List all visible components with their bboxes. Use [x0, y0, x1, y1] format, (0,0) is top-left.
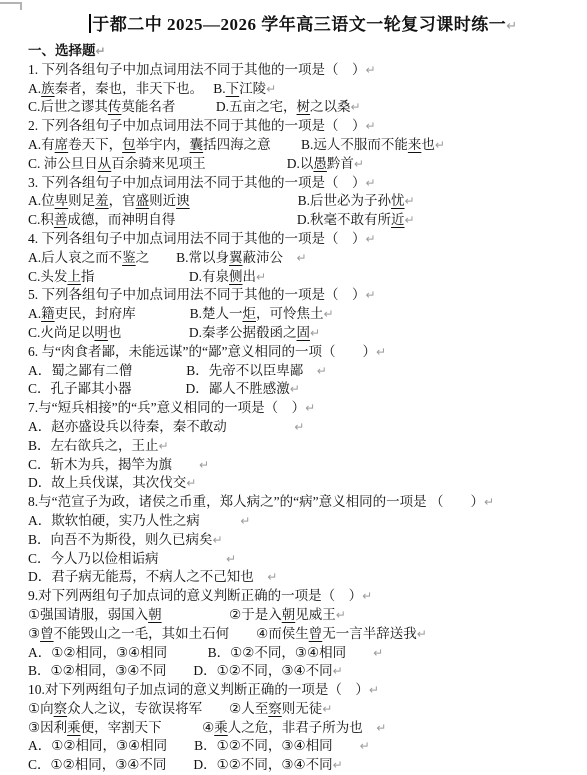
paragraph-mark: ↵: [324, 307, 334, 321]
numbered-pair-row[interactable]: ③因利乘便，宰割天下 ④乘人之危，非君子所为也 ↵: [28, 719, 579, 738]
option-row[interactable]: A.族秦者，秦也，非天下也。 B.下江陵↵: [28, 80, 579, 99]
option-row[interactable]: A．欺软怕硬，实乃人性之病 ↵: [28, 512, 579, 531]
option-row[interactable]: C．孔子鄙其小器 D．鄙人不胜感激↵: [28, 380, 579, 399]
question-stem-8[interactable]: 8.与“范宣子为政，诸侯之币重，郑人病之”的“病”意义相同的一项是 （ ）↵: [28, 493, 579, 512]
paragraph-mark: ↵: [199, 458, 209, 472]
question-stem-1[interactable]: 1. 下列各组句子中加点词用法不同于其他的一项是（ ）↵: [28, 61, 579, 80]
option-row[interactable]: C. 沛公旦日从百余骑来见项王 D.以愚黔首↵: [28, 155, 579, 174]
question-stem-4[interactable]: 4. 下列各组句子中加点词用法不同于其他的一项是（ ）↵: [28, 230, 579, 249]
option-row[interactable]: A.位卑则足羞，官盛则近谀 B.后世必为子孙忧↵: [28, 192, 579, 211]
option-row[interactable]: C.积善成德，而神明自得 D.秋毫不敢有所近↵: [28, 211, 579, 230]
option-row[interactable]: A．蜀之鄙有二僧 B．先帝不以臣卑鄙 ↵: [28, 362, 579, 381]
option-row[interactable]: D．君子病无能焉，不病人之不己知也 ↵: [28, 568, 579, 587]
text-cursor: [89, 14, 91, 33]
paragraph-mark: ↵: [506, 19, 517, 34]
section-heading[interactable]: 一、选择题↵: [28, 42, 579, 61]
option-row[interactable]: B．①②相同，③④不同 D．①②不同，③④不同↵: [28, 662, 579, 681]
option-row[interactable]: C.头发上指 D.有泉侧出↵: [28, 268, 579, 287]
option-row[interactable]: B．向吾不为斯役，则久已病矣↵: [28, 531, 579, 550]
paragraph-mark: ↵: [484, 495, 494, 509]
option-row[interactable]: A.后人哀之而不鉴之 B.常以身翼蔽沛公 ↵: [28, 249, 579, 268]
option-row[interactable]: B．左右欲兵之，王止↵: [28, 437, 579, 456]
numbered-pair-row[interactable]: ①强国请服，弱国入朝 ②于是入朝见威王↵: [28, 606, 579, 625]
question-stem-6[interactable]: 6. 与“肉食者鄙，未能远谋”的“鄙”意义相同的一项（ ）↵: [28, 343, 579, 362]
paragraph-mark: ↵: [186, 476, 196, 490]
document-body[interactable]: 一、选择题↵1. 下列各组句子中加点词用法不同于其他的一项是（ ）↵A.族秦者，…: [28, 42, 579, 775]
paragraph-mark: ↵: [362, 589, 372, 603]
paragraph-mark: ↵: [256, 270, 266, 284]
paragraph-mark: ↵: [213, 533, 223, 547]
page-corner-mark: [0, 2, 22, 10]
paragraph-mark: ↵: [369, 683, 379, 697]
paragraph-mark: ↵: [267, 570, 277, 584]
option-row[interactable]: A.有席卷天下，包举宇内，囊括四海之意 B.远人不服而不能来也↵: [28, 136, 579, 155]
paragraph-mark: ↵: [333, 758, 343, 772]
paragraph-mark: ↵: [240, 514, 250, 528]
paragraph-mark: ↵: [376, 721, 386, 735]
option-row[interactable]: D．故上兵伐谋，其次伐交↵: [28, 474, 579, 493]
paragraph-mark: ↵: [366, 119, 376, 133]
question-stem-5[interactable]: 5. 下列各组句子中加点词用法不同于其他的一项是（ ）↵: [28, 286, 579, 305]
paragraph-mark: ↵: [366, 288, 376, 302]
question-stem-7[interactable]: 7.与“短兵相接”的“兵”意义相同的一项是（ ）↵: [28, 399, 579, 418]
paragraph-mark: ↵: [226, 552, 236, 566]
paragraph-mark: ↵: [417, 627, 427, 641]
paragraph-mark: ↵: [305, 401, 315, 415]
numbered-pair-row[interactable]: ③曾不能毁山之一毛，其如土石何 ④而侯生曾无一言半辞送我↵: [28, 625, 579, 644]
paragraph-mark: ↵: [366, 176, 376, 190]
paragraph-mark: ↵: [322, 702, 332, 716]
paragraph-mark: ↵: [405, 213, 415, 227]
paragraph-mark: ↵: [360, 739, 370, 753]
option-row[interactable]: A．①②相同，③④相同 B．①②不同，③④相同 ↵: [28, 737, 579, 756]
paragraph-mark: ↵: [373, 646, 383, 660]
paragraph-mark: ↵: [297, 251, 307, 265]
paragraph-mark: ↵: [159, 439, 169, 453]
paragraph-mark: ↵: [317, 364, 327, 378]
question-stem-9[interactable]: 9.对下列两组句子加点词的意义判断正确的一项是（ ）↵: [28, 587, 579, 606]
paragraph-mark: ↵: [96, 44, 106, 58]
paragraph-mark: ↵: [290, 382, 300, 396]
paragraph-mark: ↵: [333, 664, 343, 678]
paragraph-mark: ↵: [435, 138, 445, 152]
option-row[interactable]: C．①②相同，③④不同 D．①②不同，③④不同↵: [28, 756, 579, 775]
paragraph-mark: ↵: [310, 326, 320, 340]
paragraph-mark: ↵: [336, 608, 346, 622]
paragraph-mark: ↵: [266, 82, 276, 96]
question-stem-3[interactable]: 3. 下列各组句子中加点词用法不同于其他的一项是（ ）↵: [28, 174, 579, 193]
option-row[interactable]: A．①②相同，③④相同 B．①②不同，③④相同 ↵: [28, 644, 579, 663]
option-row[interactable]: A.籍吏民，封府库 B.楚人一炬，可怜焦土↵: [28, 305, 579, 324]
paragraph-mark: ↵: [366, 232, 376, 246]
paragraph-mark: ↵: [366, 63, 376, 77]
paragraph-mark: ↵: [405, 194, 415, 208]
option-row[interactable]: C.火尚足以明也 D.秦孝公据殽函之固↵: [28, 324, 579, 343]
question-stem-2[interactable]: 2. 下列各组句子中加点词用法不同于其他的一项是（ ）↵: [28, 117, 579, 136]
page-title: 于都二中 2025—2026 学年高三语文一轮复习课时练一: [92, 15, 506, 34]
paragraph-mark: ↵: [351, 100, 361, 114]
paragraph-mark: ↵: [354, 157, 364, 171]
paragraph-mark: ↵: [294, 420, 304, 434]
option-row[interactable]: C.后世之谬其传莫能名者 D.五亩之宅，树之以桑↵: [28, 98, 579, 117]
numbered-pair-row[interactable]: ①向察众人之议，专欲误将军 ②人至察则无徒↵: [28, 700, 579, 719]
document-title-line[interactable]: 于都二中 2025—2026 学年高三语文一轮复习课时练一↵: [28, 10, 579, 42]
option-row[interactable]: C．斩木为兵，揭竿为旗 ↵: [28, 456, 579, 475]
option-row[interactable]: C．今人乃以俭相诟病 ↵: [28, 550, 579, 569]
document-page[interactable]: 于都二中 2025—2026 学年高三语文一轮复习课时练一↵ 一、选择题↵1. …: [0, 0, 587, 775]
question-stem-10[interactable]: 10.对下列两组句子加点词的意义判断正确的一项是（ ）↵: [28, 681, 579, 700]
option-row[interactable]: A．赵亦盛设兵以待秦，秦不敢动 ↵: [28, 418, 579, 437]
paragraph-mark: ↵: [376, 345, 386, 359]
